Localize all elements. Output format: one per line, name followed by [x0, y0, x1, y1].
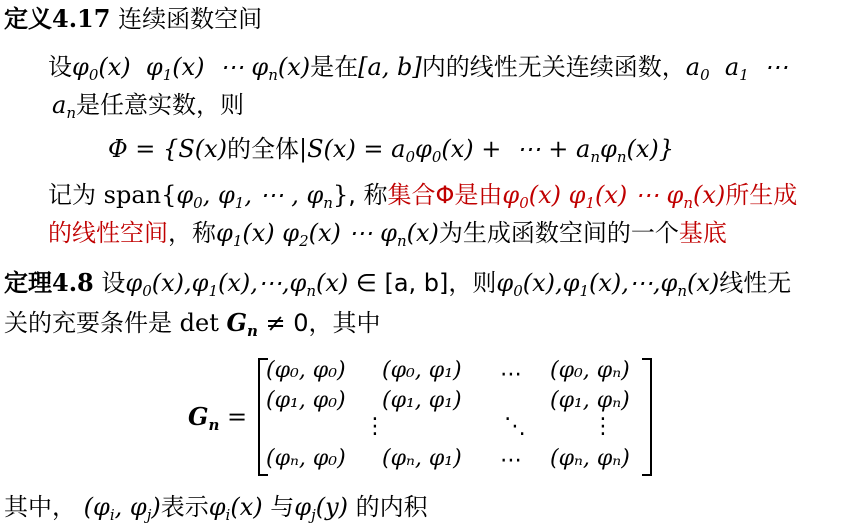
definition-title: 定义4.17 连续函数空间	[4, 4, 262, 34]
matrix-lhs: Gn =	[188, 402, 247, 432]
span-line-2: 的线性空间，称φ1(x) φ2(x) ⋯ φn(x)为生成函数空间的一个基底	[48, 218, 727, 248]
span-line-1: 记为 span{φ0, φ1, ⋯ , φn}, 称集合Φ是由φ0(x) φ1(…	[48, 180, 797, 210]
definition-label: 定义	[4, 5, 52, 33]
definition-number: 4.17	[52, 4, 110, 33]
basis-term: 基底	[679, 219, 727, 247]
red-phrase: 集合Φ是由φ0(x) φ1(x) ⋯ φn(x)所生成	[388, 181, 798, 209]
footer-note: 其中， (φi, φj)表示φi(x) 与φj(y) 的内积	[4, 492, 428, 522]
theorem-label: 定理	[4, 269, 52, 297]
theorem-line-1: 定理4.8 设φ0(x),φ1(x),⋯,φn(x) ∈ [a, b]，则φ0(…	[4, 268, 791, 298]
definition-line-1: 设φ0(x) φ1(x) ⋯ φn(x)是在[a, b]内的线性无关连续函数，a…	[48, 52, 788, 82]
set-formula: Φ = {S(x)的全体|S(x) = a0φ0(x) + ⋯ + anφn(x…	[108, 134, 674, 164]
gram-matrix: (φ₀, φ₀) (φ₀, φ₁) ⋯ (φ₀, φₙ) (φ₁, φ₀) (φ…	[258, 358, 652, 476]
definition-title-text: 连续函数空间	[118, 5, 262, 33]
theorem-number: 4.8	[52, 268, 94, 297]
theorem-line-2: 关的充要条件是 det Gn ≠ 0，其中	[4, 308, 381, 338]
definition-line-2: an是任意实数，则	[52, 90, 244, 120]
